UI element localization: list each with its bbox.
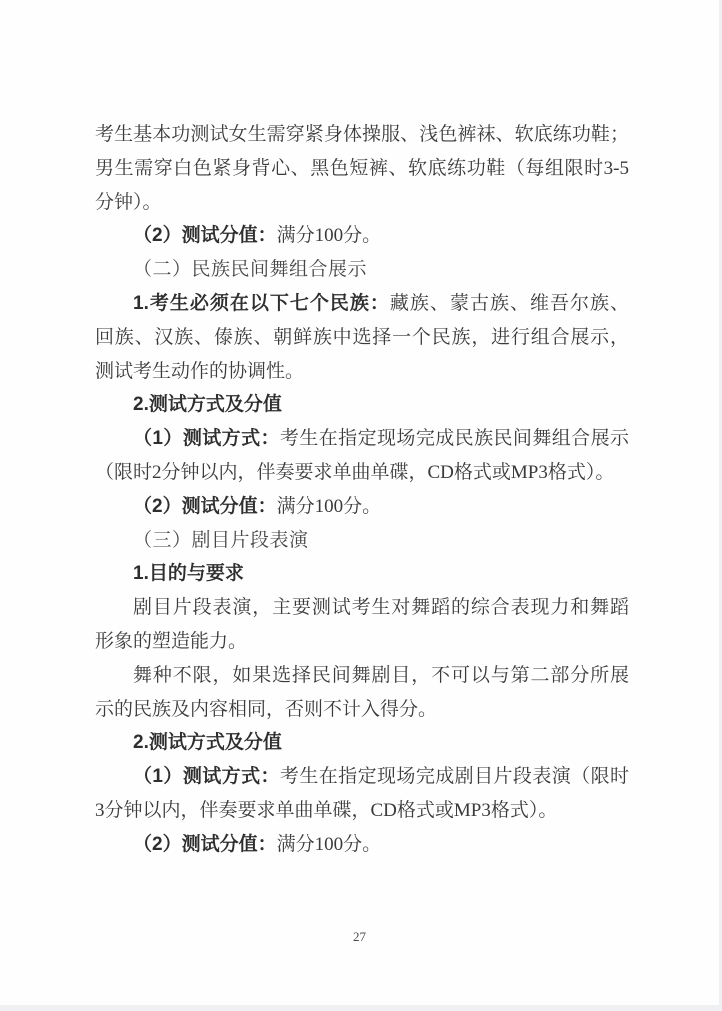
bold-text-segment: （1）测试方式： xyxy=(133,766,280,787)
text-line: （2）测试分值：满分100分。 xyxy=(95,490,629,524)
text-line: 2.测试方式及分值 xyxy=(95,388,629,422)
document-body: 考生基本功测试女生需穿紧身体操服、浅色裤袜、软底练功鞋；男生需穿白色紧身背心、黑… xyxy=(95,118,629,862)
bold-text-segment: （2）测试分值： xyxy=(133,496,277,517)
text-line: 舞种不限，如果选择民间舞剧目，不可以与第二部分所展 xyxy=(95,659,629,693)
bold-text-segment: （1）测试方式： xyxy=(133,428,280,449)
text-segment: 剧目片段表演，主要测试考生对舞蹈的综合表现力和舞蹈 xyxy=(133,597,629,618)
text-line: 回族、汉族、傣族、朝鲜族中选择一个民族，进行组合展示， xyxy=(95,321,629,355)
text-segment: 考生在指定现场完成民族民间舞组合展示 xyxy=(280,428,629,449)
text-segment: 满分100分。 xyxy=(277,225,382,246)
text-line: （2）测试分值：满分100分。 xyxy=(95,828,629,862)
text-segment: 藏族、蒙古族、维吾尔族、 xyxy=(390,293,629,314)
text-segment: 回族、汉族、傣族、朝鲜族中选择一个民族，进行组合展示， xyxy=(95,327,629,348)
text-segment: （限时2分钟以内，伴奏要求单曲单碟，CD格式或MP3格式）。 xyxy=(95,462,614,483)
text-line: （二）民族民间舞组合展示 xyxy=(95,253,629,287)
bold-text-segment: （2）测试分值： xyxy=(133,834,277,855)
bold-text-segment: 2.测试方式及分值 xyxy=(133,732,282,753)
text-line: 3分钟以内，伴奏要求单曲单碟，CD格式或MP3格式）。 xyxy=(95,794,629,828)
text-line: （1）测试方式：考生在指定现场完成民族民间舞组合展示 xyxy=(95,422,629,456)
text-segment: 形象的塑造能力。 xyxy=(95,631,247,652)
text-segment: 舞种不限，如果选择民间舞剧目，不可以与第二部分所展 xyxy=(133,665,629,686)
text-segment: 3分钟以内，伴奏要求单曲单碟，CD格式或MP3格式）。 xyxy=(95,800,557,821)
text-segment: 示的民族及内容相同，否则不计入得分。 xyxy=(95,699,437,720)
bold-text-segment: 1.目的与要求 xyxy=(133,563,244,584)
text-line: （限时2分钟以内，伴奏要求单曲单碟，CD格式或MP3格式）。 xyxy=(95,456,629,490)
bold-text-segment: （2）测试分值： xyxy=(133,225,277,246)
text-line: 男生需穿白色紧身背心、黑色短裤、软底练功鞋（每组限时3-5 xyxy=(95,152,629,186)
text-line: 形象的塑造能力。 xyxy=(95,625,629,659)
text-line: 考生基本功测试女生需穿紧身体操服、浅色裤袜、软底练功鞋； xyxy=(95,118,629,152)
text-segment: 满分100分。 xyxy=(277,496,382,517)
text-segment: 测试考生动作的协调性。 xyxy=(95,361,304,382)
text-segment: 满分100分。 xyxy=(277,834,382,855)
text-line: 1.考生必须在以下七个民族：藏族、蒙古族、维吾尔族、 xyxy=(95,287,629,321)
text-segment: 考生在指定现场完成剧目片段表演（限时 xyxy=(280,766,629,787)
text-line: （三）剧目片段表演 xyxy=(95,524,629,558)
text-line: （1）测试方式：考生在指定现场完成剧目片段表演（限时 xyxy=(95,760,629,794)
text-line: 2.测试方式及分值 xyxy=(95,726,629,760)
bold-text-segment: 2.测试方式及分值 xyxy=(133,394,282,415)
text-line: 剧目片段表演，主要测试考生对舞蹈的综合表现力和舞蹈 xyxy=(95,591,629,625)
text-line: （2）测试分值：满分100分。 xyxy=(95,219,629,253)
section-heading-segment: （二）民族民间舞组合展示 xyxy=(133,259,367,280)
text-segment: 考生基本功测试女生需穿紧身体操服、浅色裤袜、软底练功鞋； xyxy=(95,124,629,145)
document-page: 考生基本功测试女生需穿紧身体操服、浅色裤袜、软底练功鞋；男生需穿白色紧身背心、黑… xyxy=(0,0,719,1005)
bold-text-segment: 1.考生必须在以下七个民族： xyxy=(133,293,390,314)
text-line: 1.目的与要求 xyxy=(95,557,629,591)
text-segment: 男生需穿白色紧身背心、黑色短裤、软底练功鞋（每组限时3-5 xyxy=(95,158,629,179)
text-line: 测试考生动作的协调性。 xyxy=(95,355,629,389)
page-number: 27 xyxy=(0,928,719,946)
text-line: 分钟）。 xyxy=(95,186,629,220)
text-line: 示的民族及内容相同，否则不计入得分。 xyxy=(95,693,629,727)
text-segment: 分钟）。 xyxy=(95,192,162,213)
section-heading-segment: （三）剧目片段表演 xyxy=(133,530,309,551)
